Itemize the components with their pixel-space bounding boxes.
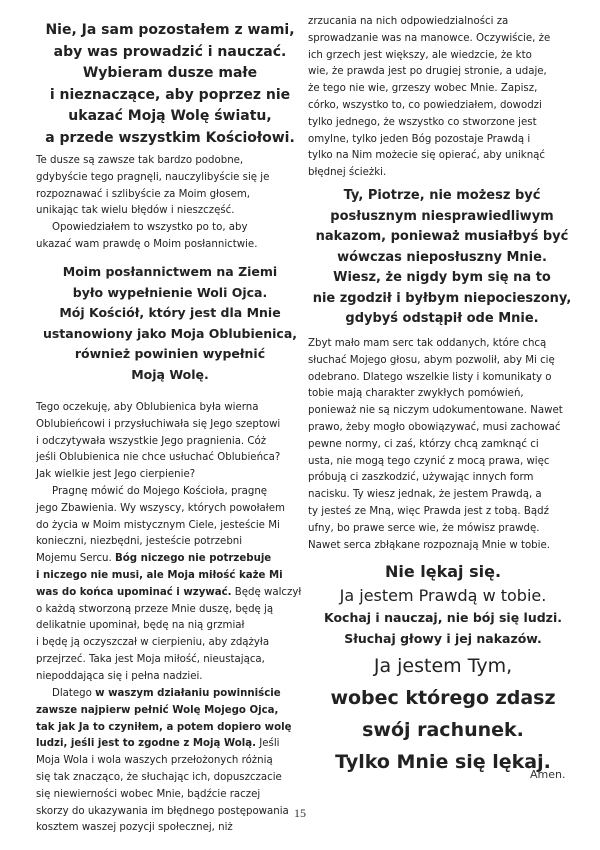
text-line: zrzucania na nich odpowiedzialności za — [308, 14, 550, 31]
text-line: się tak znacząco, że słuchając ich, dopu… — [36, 770, 291, 787]
text-line: przejrzeć. Taka jest Moja miłość, nieust… — [36, 652, 301, 669]
heading-line: wówczas nieposłuszny Mnie. — [308, 248, 576, 269]
text-line: tobie mają charakter zwykłych pomówień, — [308, 386, 563, 403]
bold-text-line: i niczego nie musi, ale Moja miłość każe… — [36, 568, 301, 585]
heading-line: i nieznaczące, aby poprzez nie — [36, 85, 304, 107]
heading-line: a przede wszystkim Kościołowi. — [36, 128, 304, 150]
heading-line: Wybieram dusze małe — [36, 63, 304, 85]
document-page: Nie, Ja sam pozostałem z wami, aby was p… — [0, 0, 600, 850]
text-line: unikając tak wielu błędów i nieszczęść. — [36, 203, 269, 220]
text-line: Te dusze są zawsze tak bardzo podobne, — [36, 153, 269, 170]
text-line: usta, nie mogą tego czynić z mocą prawa,… — [308, 454, 563, 471]
text-line: prawo, żeby mogło obowiązywać, musi zach… — [308, 420, 563, 437]
text-line: ukazać wam prawdę o Moim posłannictwie. — [36, 237, 269, 254]
text-line: próbują ci zaszkodzić, używając innych f… — [308, 470, 563, 487]
text-line: pewne normy, ci zaś, którzy chcą zamknąć… — [308, 437, 563, 454]
text-line: słuchać Mojego głosu, abym pozwolił, aby… — [308, 353, 563, 370]
text-line: Tego oczekuję, aby Oblubienica była wier… — [36, 400, 280, 417]
text-line: córko, wszystko to, co powiedziałem, dow… — [308, 98, 550, 115]
text-line: Jak wielkie jest Jego cierpienie? — [36, 467, 280, 484]
text-line: Pragnę mówić do Mojego Kościoła, pragnę — [36, 484, 301, 501]
closing-line: wobec którego zdasz — [308, 682, 578, 714]
closing-line: swój rachunek. — [308, 714, 578, 746]
bold-text-line: zawsze najpierw pełnić Wolę Mojego Ojca, — [36, 703, 291, 720]
text-line: niepoddająca się i pełna nadziei. — [36, 669, 301, 686]
text-line: ponieważ nie są niczym udokumentowane. N… — [308, 403, 563, 420]
closing-line: Słuchaj głowy i jej nakazów. — [308, 628, 578, 650]
heading-line: aby was prowadzić i nauczać. — [36, 42, 304, 64]
text-line: do życia w Moim mistycznym Ciele, jesteś… — [36, 518, 301, 535]
paragraph-left-3: Pragnę mówić do Mojego Kościoła, pragnę … — [36, 484, 301, 686]
text-line: nacisku. Ty wiesz jednak, że jestem Praw… — [308, 487, 563, 504]
text-line: Moja Wola i wola waszych przełożonych ró… — [36, 753, 291, 770]
heading-line: Nie, Ja sam pozostałem z wami, — [36, 20, 304, 42]
text-line: rozpoznawać i szlibyście za Moim głosem, — [36, 187, 269, 204]
heading-line: Moim posłannictwem na Ziemi — [36, 262, 304, 283]
heading-line: Ty, Piotrze, nie możesz być — [308, 186, 576, 207]
heading-left-1: Nie, Ja sam pozostałem z wami, aby was p… — [36, 20, 304, 149]
text-line: konieczni, niezbędni, jesteście potrzebn… — [36, 534, 301, 551]
heading-line: Mój Kościół, który jest dla Mnie — [36, 303, 304, 324]
text-line: się niewierności wobec Mnie, bądźcie rac… — [36, 787, 291, 804]
heading-line: posłusznym niesprawiedliwym — [308, 207, 576, 228]
heading-line: ukazać Moją Wolę światu, — [36, 106, 304, 128]
text-line: odebrano. Dlatego wszelkie listy i komun… — [308, 370, 563, 387]
text-run: Dlatego — [52, 688, 95, 699]
heading-left-2: Moim posłannictwem na Ziemi było wypełni… — [36, 262, 304, 385]
amen-signature: Amen. — [530, 768, 565, 781]
text-line: Opowiedziałem to wszystko po to, aby — [36, 220, 269, 237]
bold-text-line: tak jak Ja to czyniłem, a potem dopiero … — [36, 720, 291, 737]
heading-line: Moją Wolę. — [36, 365, 304, 386]
text-run: Będę walczył — [232, 587, 302, 598]
heading-line: Wiesz, że nigdy bym się na to — [308, 268, 576, 289]
heading-right-1: Ty, Piotrze, nie możesz być posłusznym n… — [308, 186, 576, 330]
closing-line: Kochaj i nauczaj, nie bój się ludzi. — [308, 608, 578, 628]
heading-line: nie zgodził i byłbym niepocieszony, — [308, 289, 576, 310]
text-line: ich grzech jest większy, ale wiedzcie, ż… — [308, 48, 550, 65]
heading-line: również powinien wypełnić — [36, 344, 304, 365]
text-run: Jeśli — [256, 738, 279, 749]
heading-line: ustanowiony jako Moja Oblubienica, — [36, 324, 304, 345]
text-line: gdybyście tego pragnęli, nauczylibyście … — [36, 170, 269, 187]
bold-text-run: Bóg niczego nie potrzebuje — [115, 553, 271, 564]
text-line: Oblubieńcowi i przysłuchiwała się Jego s… — [36, 417, 280, 434]
text-line: kosztem waszej pozycji społecznej, niż — [36, 820, 291, 837]
text-line: o każdą stworzoną przeze Mnie duszę, będ… — [36, 602, 301, 619]
closing-line: Nie lękaj się. — [308, 560, 578, 584]
text-line: sprowadzanie was na manowce. Oczywiście,… — [308, 31, 550, 48]
paragraph-left-1: Te dusze są zawsze tak bardzo podobne, g… — [36, 153, 269, 254]
text-line: ufny, bo prawe serce wie, że mówisz praw… — [308, 521, 563, 538]
text-line: Dlatego w waszym działaniu powinniście — [36, 686, 291, 703]
text-line: tylko na Nim możecie się opierać, aby un… — [308, 148, 550, 165]
text-line: i będę ją oczyszczał w cierpieniu, aby z… — [36, 635, 301, 652]
text-line: ty jesteś ze Mną, więc Prawda jest z tob… — [308, 504, 563, 521]
paragraph-right-1: zrzucania na nich odpowiedzialności za s… — [308, 14, 550, 182]
text-line: że tego nie wie, grzeszy wobec Mnie. Zap… — [308, 81, 550, 98]
text-line: i odczytywała wszystkie Jego pragnienia.… — [36, 434, 280, 451]
closing-block: Nie lękaj się. Ja jestem Prawdą w tobie.… — [308, 560, 578, 778]
bold-text-run: w waszym działaniu powinniście — [95, 688, 281, 699]
paragraph-left-2: Tego oczekuję, aby Oblubienica była wier… — [36, 400, 280, 484]
closing-line: Ja jestem Prawdą w tobie. — [308, 584, 578, 608]
text-run: Mojemu Sercu. — [36, 553, 115, 564]
page-number: 15 — [0, 806, 600, 821]
text-line: Mojemu Sercu. Bóg niczego nie potrzebuje — [36, 551, 301, 568]
heading-line: nakazom, ponieważ musiałbyś być — [308, 227, 576, 248]
bold-text-run: ludzi, jeśli jest to zgodne z Moją Wolą. — [36, 738, 256, 749]
text-line: jeśli Oblubienica nie chce usłuchać Oblu… — [36, 450, 280, 467]
closing-line: Ja jestem Tym, — [308, 650, 578, 682]
text-line: ludzi, jeśli jest to zgodne z Moją Wolą.… — [36, 736, 291, 753]
text-line: wie, że prawda jest po drugiej stronie, … — [308, 64, 550, 81]
bold-text-run: was do końca upominać i wzywać. — [36, 587, 232, 598]
text-line: tylko jednego, że wszystko co stworzone … — [308, 115, 550, 132]
text-line: błędnej ścieżki. — [308, 165, 550, 182]
text-line: was do końca upominać i wzywać. Będę wal… — [36, 585, 301, 602]
text-line: Zbyt mało mam serc tak oddanych, które c… — [308, 336, 563, 353]
heading-line: gdybyś odstąpił ode Mnie. — [308, 309, 576, 330]
heading-line: było wypełnienie Woli Ojca. — [36, 283, 304, 304]
text-line: jego Zbawienia. Wy wszyscy, których powo… — [36, 501, 301, 518]
text-line: Nawet serca zbłąkane rozpoznają Mnie w t… — [308, 538, 563, 555]
text-line: delikatnie upominał, będę na nią grzmiał — [36, 618, 301, 635]
text-line: omylne, tylko jeden Bóg pozostaje Prawdą… — [308, 132, 550, 149]
paragraph-right-2: Zbyt mało mam serc tak oddanych, które c… — [308, 336, 563, 554]
